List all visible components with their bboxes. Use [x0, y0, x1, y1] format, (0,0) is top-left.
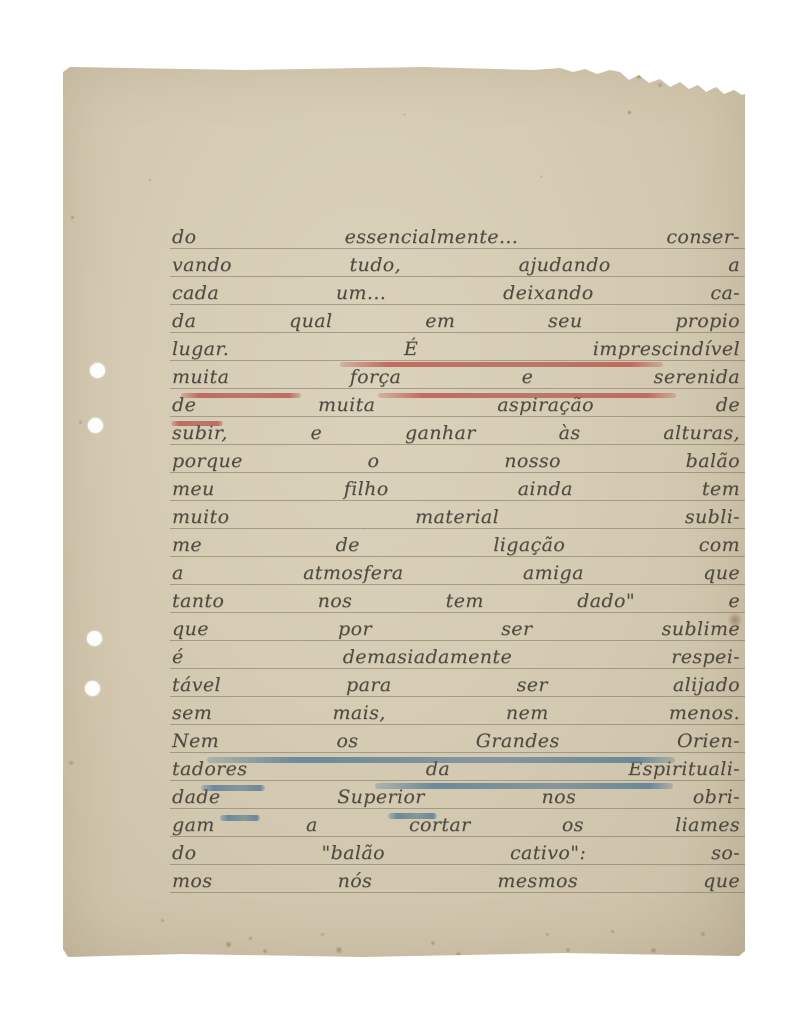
scan-background: do essencialmente... conser-vando tudo, … [0, 0, 807, 1024]
handwriting-line: mos nós mesmos que [172, 868, 740, 894]
red-pencil-underline [181, 393, 301, 398]
foxing-spot [320, 932, 325, 937]
punch-hole [90, 363, 105, 378]
foxing-spot [363, 527, 366, 530]
foxing-spot [545, 932, 550, 937]
red-pencil-underline [378, 393, 676, 398]
handwriting-line: lugar. É imprescindível [172, 336, 740, 362]
handwriting-line: subir, e ganhar às alturas, [172, 420, 740, 446]
blue-pencil-underline [388, 813, 437, 819]
handwriting-line: do "balão cativo": so- [172, 840, 740, 866]
foxing-spot [727, 612, 743, 628]
foxing-spot [610, 929, 615, 934]
foxing-spot [540, 175, 543, 178]
handwriting-line: porque o nosso balão [172, 448, 740, 474]
handwriting-line: muito material subli- [172, 504, 740, 530]
blue-pencil-underline [220, 815, 260, 821]
blue-pencil-underline [201, 785, 265, 791]
foxing-spot [68, 760, 74, 766]
foxing-spot [160, 918, 165, 923]
foxing-spot [262, 948, 268, 954]
handwriting-line: meu filho ainda tem [172, 476, 740, 502]
handwriting-line: que por ser sublime [172, 616, 740, 642]
foxing-spot [403, 113, 406, 116]
handwriting-line: do essencialmente... conser- [172, 224, 740, 250]
handwriting-line: Nem os Grandes Orien- [172, 728, 740, 754]
punch-hole [87, 631, 102, 646]
punch-hole [88, 418, 103, 433]
foxing-spot [565, 947, 571, 953]
foxing-spot [635, 72, 643, 80]
handwriting-line: tanto nos tem dado" e [172, 588, 740, 614]
foxing-spot [70, 215, 75, 220]
foxing-spot [78, 420, 83, 425]
foxing-spot [455, 951, 462, 958]
foxing-spot [225, 941, 232, 948]
handwriting-line: a atmosfera amiga que [172, 560, 740, 586]
foxing-spot [627, 110, 632, 115]
foxing-spot [650, 947, 657, 954]
red-pencil-underline [340, 362, 663, 367]
handwriting-line: sem mais, nem menos. [172, 700, 740, 726]
blue-pencil-underline [207, 757, 675, 763]
foxing-spot [430, 940, 436, 946]
foxing-spot [700, 931, 706, 937]
handwriting-line: me de ligação com [172, 532, 740, 558]
foxing-spot [248, 936, 253, 941]
foxing-spot [657, 82, 663, 88]
handwriting-line: tável para ser alijado [172, 672, 740, 698]
handwriting-line: é demasiadamente respei- [172, 644, 740, 670]
foxing-spot [148, 178, 152, 182]
handwriting-line: muita força e serenida [172, 364, 740, 390]
red-pencil-underline [171, 421, 223, 426]
handwriting-line: da qual em seu propio [172, 308, 740, 334]
punch-hole [85, 681, 100, 696]
manuscript-page: do essencialmente... conser-vando tudo, … [63, 67, 745, 957]
blue-pencil-underline [375, 783, 673, 789]
handwriting-line: vando tudo, ajudando a [172, 252, 740, 278]
handwriting-line: cada um... deixando ca- [172, 280, 740, 306]
foxing-spot [335, 946, 343, 954]
